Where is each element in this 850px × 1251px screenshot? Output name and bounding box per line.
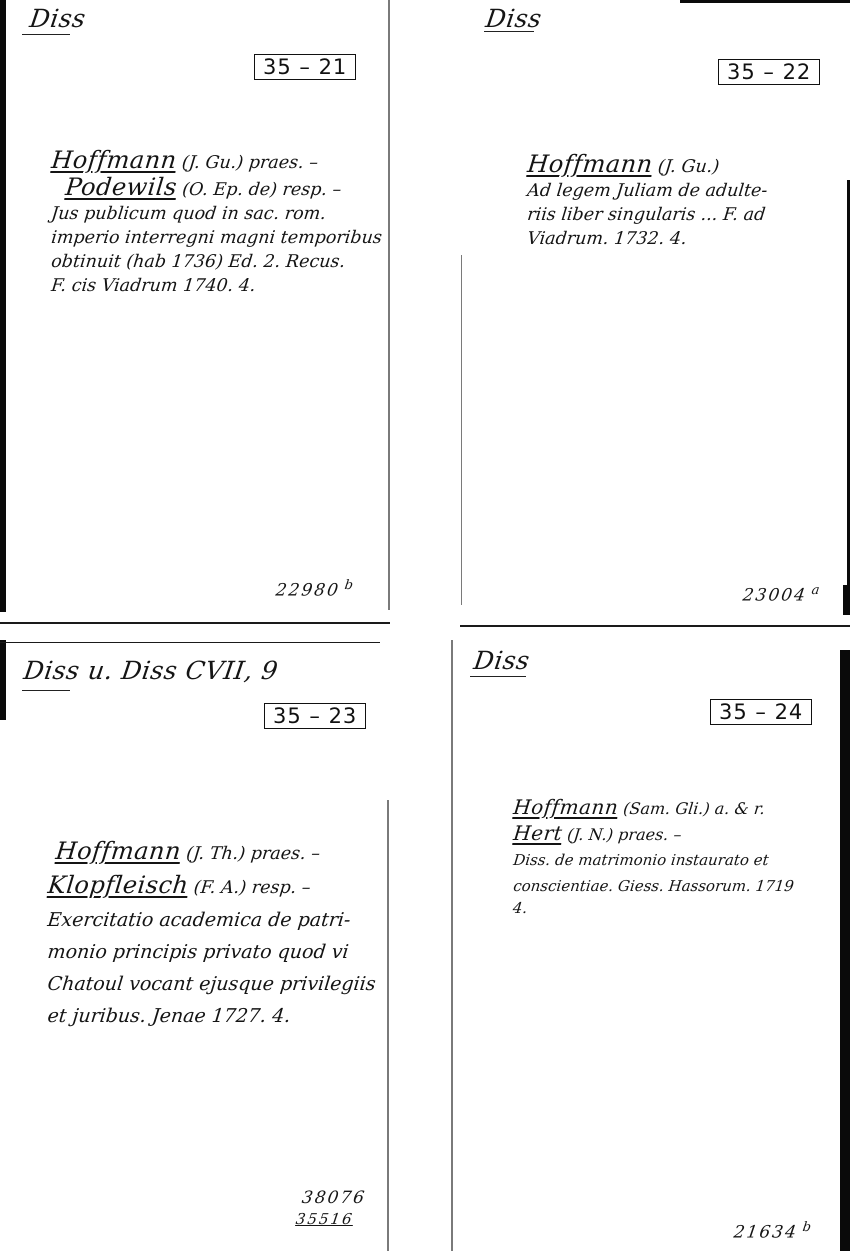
shelfmark-underline [22, 690, 70, 691]
accession-number: 21634b [732, 1220, 814, 1243]
respondent-detail: (O. Ep. de) resp. – [176, 180, 343, 200]
praeses-detail: (J. Th.) praes. – [180, 844, 321, 864]
card-bottom-edge-top-right [460, 625, 850, 627]
call-number-box: 35 – 21 [254, 54, 356, 80]
author-detail: (J. Gu.) praes. – [175, 153, 319, 173]
entry-line-3: Diss. de matrimonio instaurato et [512, 847, 795, 873]
entry-line-1: Hoffmann (J. Gu.) [526, 152, 769, 179]
catalog-card-35-21: Diss 35 – 21 Hoffmann (J. Gu.) praes. – … [0, 0, 390, 620]
entry-line-5: Chatoul vocant ejusque privilegiis [46, 968, 377, 1000]
entry-line-2: Klopfleisch (F. A.) resp. – [46, 869, 378, 904]
accession-number-secondary: 35516 [295, 1210, 355, 1228]
entry-line-6: et juribus. Jenae 1727. 4. [46, 1000, 377, 1032]
accession-value: 21634 [732, 1223, 799, 1243]
author-name: Hoffmann [512, 795, 619, 819]
entry-line-2: Ad legem Juliam de adulte- [526, 179, 769, 203]
entry-line-4: Viadrum. 1732. 4. [526, 227, 769, 251]
author-detail: (J. Gu.) [651, 157, 720, 177]
call-number-box: 35 – 24 [710, 699, 812, 725]
entry-line-6: F. cis Viadrum 1740. 4. [50, 274, 383, 298]
author-name: Hoffmann [526, 150, 654, 178]
catalog-card-35-22: Diss 35 – 22 Hoffmann (J. Gu.) Ad legem … [460, 0, 850, 620]
author-name: Hoffmann [50, 146, 178, 174]
shelfmark-underline [484, 31, 534, 32]
catalog-entry: Hoffmann (Sam. Gli.) a. & r. Hert (J. N.… [512, 795, 793, 917]
accession-number: 23004a [741, 583, 822, 606]
call-number-box: 35 – 22 [718, 59, 820, 85]
accession-suffix: b [344, 578, 356, 593]
entry-line-3: riis liber singularis ... F. ad [526, 203, 769, 227]
accession-value: 23004 [741, 586, 808, 606]
catalog-entry: Hoffmann (J. Gu.) praes. – Podewils (O. … [50, 148, 381, 298]
entry-line-2: Hert (J. N.) praes. – [512, 821, 795, 847]
accession-suffix: a [811, 583, 823, 598]
accession-suffix: b [802, 1220, 814, 1235]
entry-line-5: 4. [512, 899, 794, 917]
shelfmark: Diss [28, 4, 88, 33]
respondent-name: Podewils [64, 173, 178, 201]
catalog-entry: Hoffmann (J. Th.) praes. – Klopfleisch (… [46, 836, 374, 1032]
respondent-detail: (F. A.) resp. – [187, 878, 311, 898]
entry-line-3: Jus publicum quod in sac. rom. [50, 202, 383, 226]
catalog-card-35-23: Diss u. Diss CVII, 9 35 – 23 Hoffmann (J… [0, 640, 390, 1251]
entry-line-2: Podewils (O. Ep. de) resp. – [50, 175, 383, 202]
card-bottom-edge-top-left [0, 622, 390, 624]
entry-line-5: obtinuit (hab 1736) Ed. 2. Recus. [50, 250, 383, 274]
shelfmark: Diss [484, 4, 544, 33]
author-detail: (Sam. Gli.) a. & r. [617, 799, 766, 818]
shelfmark-underline [22, 34, 70, 35]
entry-line-3: Exercitatio academica de patri- [46, 904, 377, 936]
praeses-detail: (J. N.) praes. – [561, 825, 682, 844]
accession-number: 38076 [301, 1188, 368, 1208]
catalog-card-35-24: Diss 35 – 24 Hoffmann (Sam. Gli.) a. & r… [452, 640, 842, 1251]
praeses-name: Hert [512, 821, 563, 845]
call-number-box: 35 – 23 [264, 703, 366, 729]
shelfmark: Diss [472, 646, 532, 675]
accession-number: 22980b [274, 578, 356, 601]
entry-line-1: Hoffmann (J. Gu.) praes. – [50, 148, 383, 175]
shelfmark-underline [470, 676, 526, 677]
entry-line-1: Hoffmann (Sam. Gli.) a. & r. [512, 795, 795, 821]
praeses-name: Hoffmann [54, 837, 182, 865]
shelfmark: Diss u. Diss CVII, 9 [22, 656, 280, 685]
respondent-name: Klopfleisch [47, 871, 191, 899]
entry-line-4: monio principis privato quod vi [46, 936, 377, 968]
accession-value: 22980 [274, 581, 341, 601]
entry-line-4: imperio interregni magni temporibus [50, 226, 383, 250]
catalog-entry: Hoffmann (J. Gu.) Ad legem Juliam de adu… [526, 152, 766, 251]
entry-line-4: conscientiae. Giess. Hassorum. 1719 [512, 873, 795, 899]
entry-line-1: Hoffmann (J. Th.) praes. – [46, 836, 377, 869]
